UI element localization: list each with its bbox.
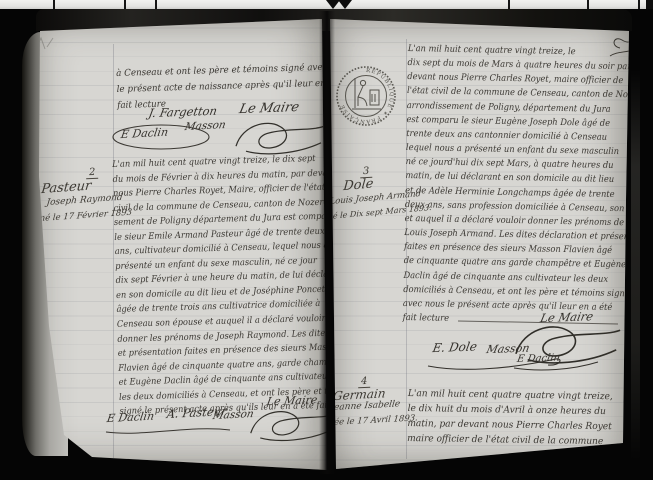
book-cover-edge (631, 70, 640, 460)
film-frame-line (53, 0, 55, 9)
signature-le-maire-label: Le Maire (238, 100, 301, 117)
signature-dole: E. Dole (432, 339, 479, 355)
text-line: maire officier de l'état civil de la com… (407, 431, 612, 449)
film-frame-line (587, 0, 589, 9)
archival-register-scan: { "meta": { "description": "Scanned doub… (0, 0, 653, 480)
signature-masson: Masson (212, 408, 255, 422)
film-frame-line (155, 0, 157, 9)
film-frame-line (508, 0, 510, 9)
film-frame-marker-icon (338, 0, 352, 9)
republique-francaise-stamp: RÉPUBLIQUE ✶ FRANÇAISE (334, 64, 398, 128)
act4-text: L'an mil huit cent quatre quatre vingt t… (407, 386, 613, 449)
stamp-ring-text: RÉPUBLIQUE ✶ FRANÇAISE (339, 67, 394, 124)
svg-text:RÉPUBLIQUE ✶ FRANÇAISE: RÉPUBLIQUE ✶ FRANÇAISE (339, 67, 394, 124)
signature-daclin: E Daclin (120, 126, 169, 142)
act3-closing-le-maire: Le Maire (539, 309, 595, 325)
act3-margin-surname: Dole (343, 176, 374, 194)
left-page: à Censeau et ont les père et témoins sig… (28, 14, 328, 472)
act3-text: L'an mil huit cent quatre vingt treize, … (403, 42, 653, 330)
film-frame-end (646, 0, 653, 9)
seated-marianne-figure (352, 78, 381, 109)
film-frame-line (638, 0, 640, 9)
act2-closing-le-maire: Le Maire (266, 393, 319, 408)
microfilm-frame-strip (0, 0, 653, 9)
act4-margin-date: née le 17 Avril 1893. (328, 413, 418, 428)
film-frame-line (124, 0, 126, 9)
signature-daclin: E Daclin (516, 353, 561, 366)
act2-number: 2 (86, 167, 99, 179)
book-gutter (319, 11, 335, 474)
signature-daclin: E Daclin (106, 410, 155, 426)
signature-fargetton: J. Fargetton (148, 104, 219, 120)
signature-underline-flourish (104, 422, 234, 438)
right-page: 2 RÉPUBLIQUE ✶ FRANÇAISE 3 Dole Louis Jo… (326, 14, 632, 474)
signature-masson: Masson (184, 119, 227, 133)
